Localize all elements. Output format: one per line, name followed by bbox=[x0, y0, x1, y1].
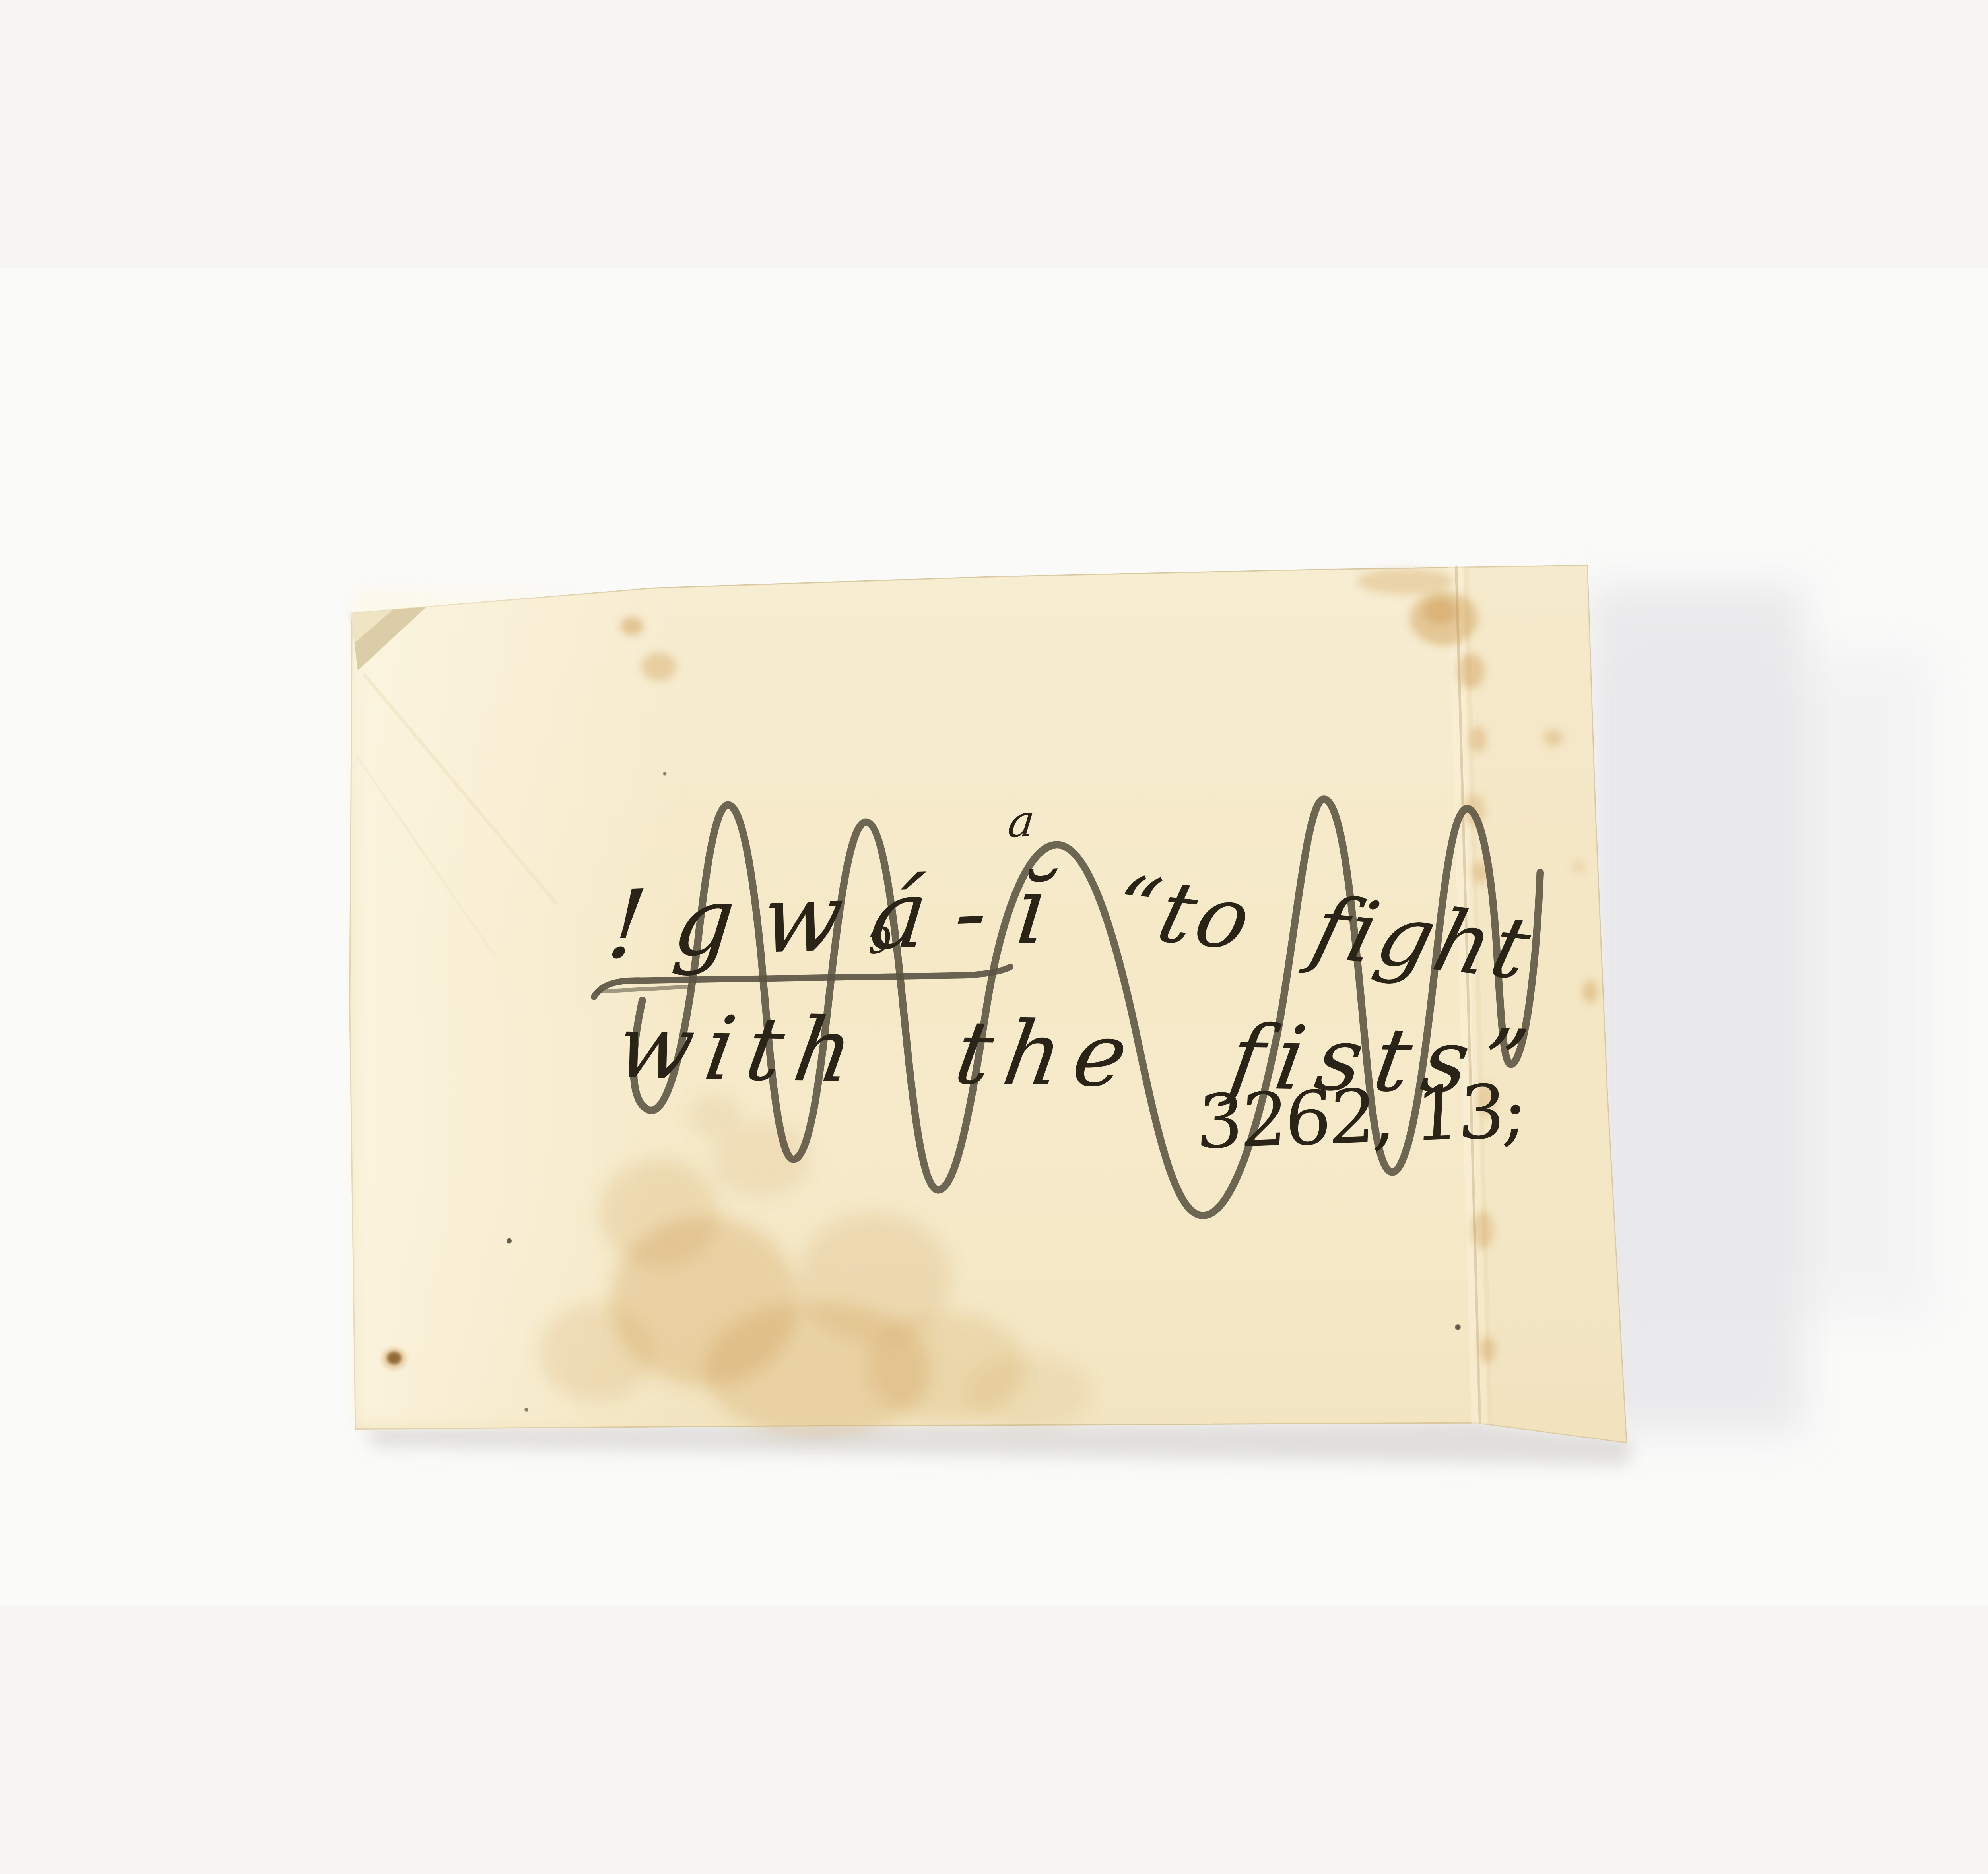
background-shadow-right-wide bbox=[1604, 651, 1931, 1318]
stain-spot bbox=[1583, 980, 1598, 1003]
stain-spot bbox=[1479, 1337, 1496, 1363]
stain-spot bbox=[1471, 1212, 1493, 1249]
paper-speck bbox=[524, 1408, 528, 1412]
paper-speck bbox=[663, 772, 667, 776]
stain-spot bbox=[1573, 861, 1585, 873]
stain-blob bbox=[690, 1097, 741, 1137]
stain-blob bbox=[965, 1355, 1090, 1429]
stain-spot bbox=[641, 652, 677, 681]
stain-blob bbox=[599, 1159, 718, 1267]
stain-dark-dot bbox=[387, 1352, 402, 1365]
stain-spot bbox=[1470, 726, 1487, 752]
handwritten-headword: !gwá-ĭ bbox=[602, 854, 1079, 980]
stain-spot bbox=[1457, 654, 1485, 689]
stain-smudge-top bbox=[1357, 569, 1454, 594]
stain-blob bbox=[540, 1304, 653, 1401]
stain-spot bbox=[620, 617, 643, 635]
photo: !gwá-ĭ a ɔ “to fight with the fists” 326… bbox=[0, 0, 1988, 1874]
stain-spot bbox=[1423, 599, 1457, 624]
headword-superscript: a bbox=[1006, 795, 1037, 848]
paper-speck bbox=[507, 1238, 512, 1244]
handwritten-reference-number: 3262, 13; bbox=[1194, 1068, 1527, 1166]
paper-speck bbox=[1455, 1324, 1460, 1330]
stain-spot bbox=[1543, 729, 1563, 746]
